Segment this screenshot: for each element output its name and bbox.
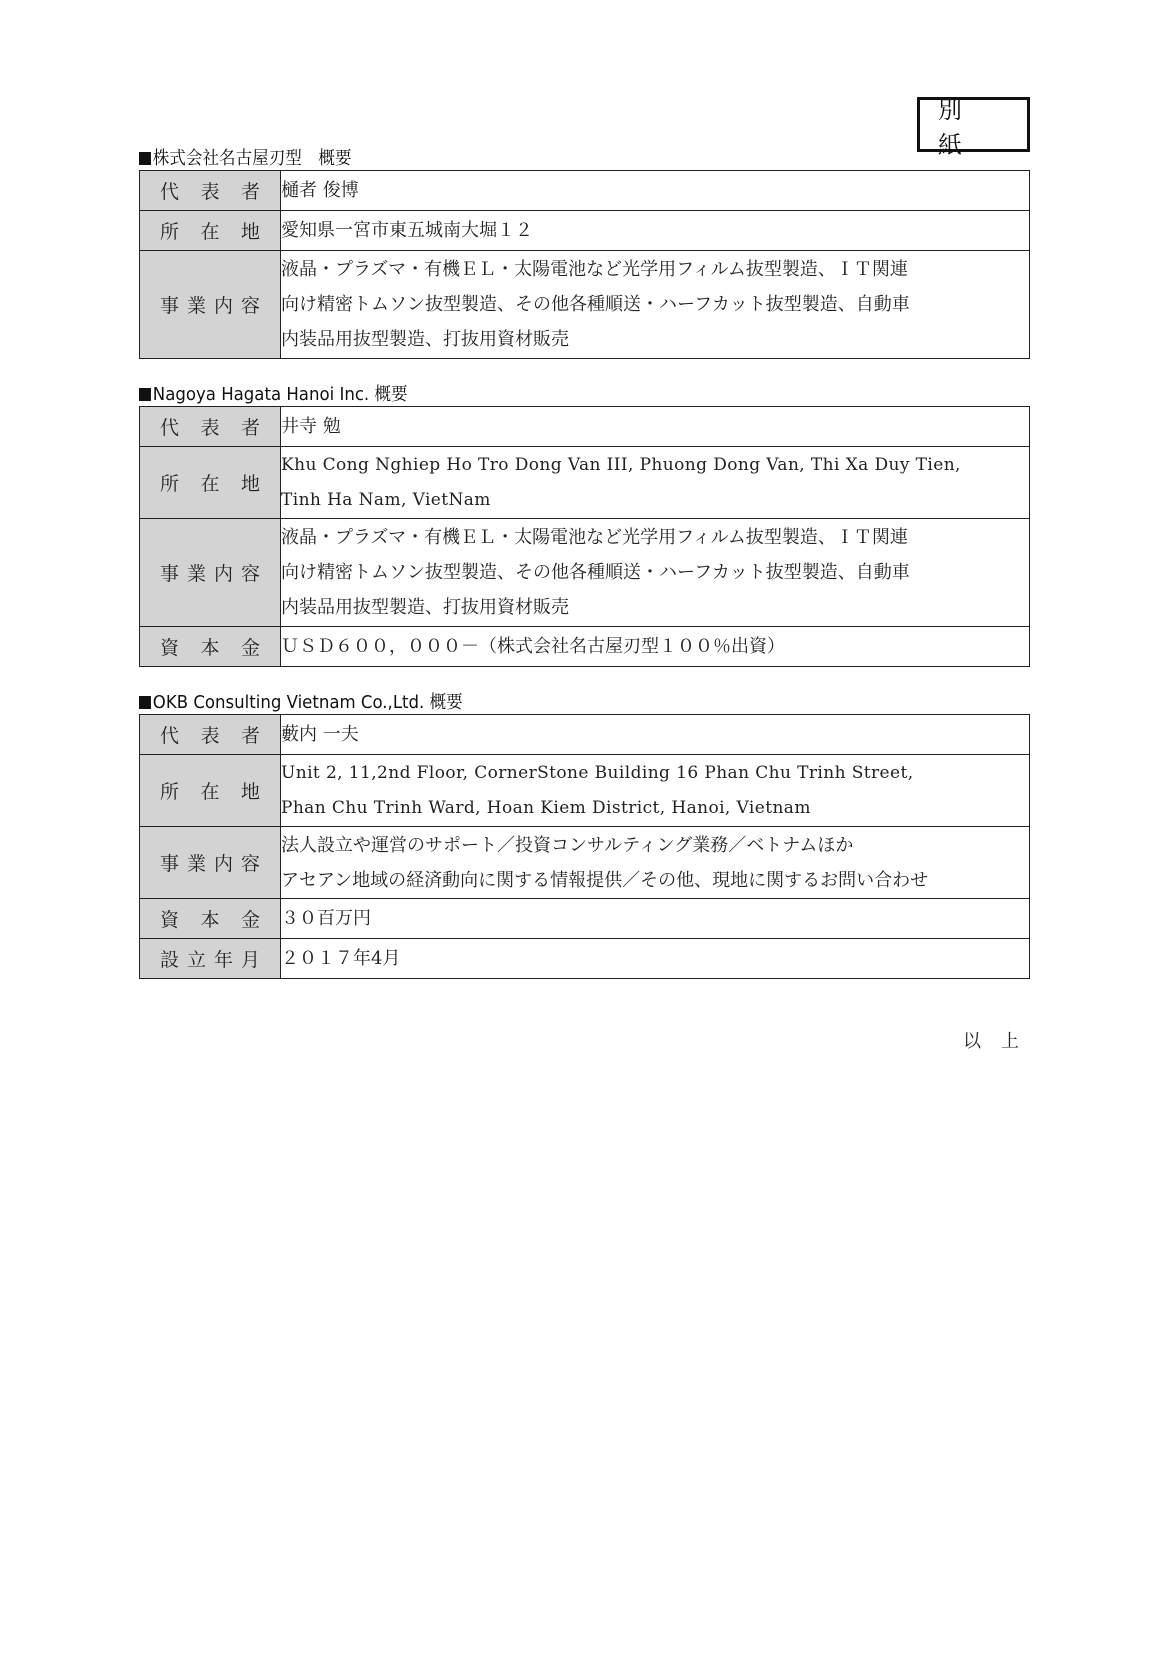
table-row-business: 事業内容 液晶・プラズマ・有機ＥＬ・太陽電池など光学用フィルム抜型製造、ＩＴ関連…: [140, 251, 1030, 359]
table-row-representative: 代表者 樋者 俊博: [140, 171, 1030, 211]
table-row-business: 事業内容 液晶・プラズマ・有機ＥＬ・太陽電池など光学用フィルム抜型製造、ＩＴ関連…: [140, 519, 1030, 627]
row-label: 所在地: [140, 211, 281, 251]
row-label: 所在地: [140, 755, 281, 827]
row-value: 藪内 一夫: [281, 715, 1030, 755]
document-page: 別 紙 株式会社名古屋刃型 概要 代表者 樋者 俊博 所在地 愛知県一宮市東五城…: [0, 0, 1170, 1653]
table-row-address: 所在地 愛知県一宮市東五城南大堀１２: [140, 211, 1030, 251]
section-title: OKB Consulting Vietnam Co.,Ltd. 概要: [139, 692, 959, 714]
row-label: 資本金: [140, 627, 281, 667]
table-row-capital: 資本金 ３０百万円: [140, 899, 1030, 939]
section-title: Nagoya Hagata Hanoi Inc. 概要: [139, 384, 959, 406]
section-nagoya-hagata: 株式会社名古屋刃型 概要 代表者 樋者 俊博 所在地 愛知県一宮市東五城南大堀１…: [139, 148, 1030, 359]
row-value: ２０１７年4月: [281, 939, 1030, 979]
row-value: 愛知県一宮市東五城南大堀１２: [281, 211, 1030, 251]
row-label: 代表者: [140, 715, 281, 755]
row-label: 事業内容: [140, 827, 281, 899]
square-bullet-icon: [139, 696, 151, 709]
row-value: Khu Cong Nghiep Ho Tro Dong Van III, Phu…: [281, 447, 1030, 519]
section-nagoya-hagata-hanoi: Nagoya Hagata Hanoi Inc. 概要 代表者 井寺 勉 所在地…: [139, 384, 1030, 667]
table-row-business: 事業内容 法人設立や運営のサポート／投資コンサルティング業務／ベトナムほか アセ…: [140, 827, 1030, 899]
annex-label-box: 別 紙: [917, 97, 1030, 152]
square-bullet-icon: [139, 152, 151, 165]
row-value: 井寺 勉: [281, 407, 1030, 447]
row-value: 樋者 俊博: [281, 171, 1030, 211]
row-label: 所在地: [140, 447, 281, 519]
section-title: 株式会社名古屋刃型 概要: [139, 148, 959, 170]
table-row-representative: 代表者 井寺 勉: [140, 407, 1030, 447]
row-label: 設立年月: [140, 939, 281, 979]
company-overview-table: 代表者 藪内 一夫 所在地 Unit 2, 11,2nd Floor, Corn…: [139, 714, 1030, 979]
closing-mark: 以上: [963, 1027, 1039, 1053]
row-value: 液晶・プラズマ・有機ＥＬ・太陽電池など光学用フィルム抜型製造、ＩＴ関連 向け精密…: [281, 251, 1030, 359]
row-label: 事業内容: [140, 251, 281, 359]
row-value: 液晶・プラズマ・有機ＥＬ・太陽電池など光学用フィルム抜型製造、ＩＴ関連 向け精密…: [281, 519, 1030, 627]
section-okb-consulting: OKB Consulting Vietnam Co.,Ltd. 概要 代表者 藪…: [139, 692, 1030, 979]
table-row-address: 所在地 Unit 2, 11,2nd Floor, CornerStone Bu…: [140, 755, 1030, 827]
row-label: 代表者: [140, 407, 281, 447]
row-value: 法人設立や運営のサポート／投資コンサルティング業務／ベトナムほか アセアン地域の…: [281, 827, 1030, 899]
row-label: 代表者: [140, 171, 281, 211]
row-value: Unit 2, 11,2nd Floor, CornerStone Buildi…: [281, 755, 1030, 827]
row-label: 資本金: [140, 899, 281, 939]
table-row-address: 所在地 Khu Cong Nghiep Ho Tro Dong Van III,…: [140, 447, 1030, 519]
table-row-capital: 資本金 ＵＳＤ６００，０００－（株式会社名古屋刃型１００％出資）: [140, 627, 1030, 667]
table-row-established: 設立年月 ２０１７年4月: [140, 939, 1030, 979]
row-value: ３０百万円: [281, 899, 1030, 939]
table-row-representative: 代表者 藪内 一夫: [140, 715, 1030, 755]
row-value: ＵＳＤ６００，０００－（株式会社名古屋刃型１００％出資）: [281, 627, 1030, 667]
square-bullet-icon: [139, 388, 151, 401]
row-label: 事業内容: [140, 519, 281, 627]
company-overview-table: 代表者 井寺 勉 所在地 Khu Cong Nghiep Ho Tro Dong…: [139, 406, 1030, 667]
company-overview-table: 代表者 樋者 俊博 所在地 愛知県一宮市東五城南大堀１２ 事業内容 液晶・プラズ…: [139, 170, 1030, 359]
